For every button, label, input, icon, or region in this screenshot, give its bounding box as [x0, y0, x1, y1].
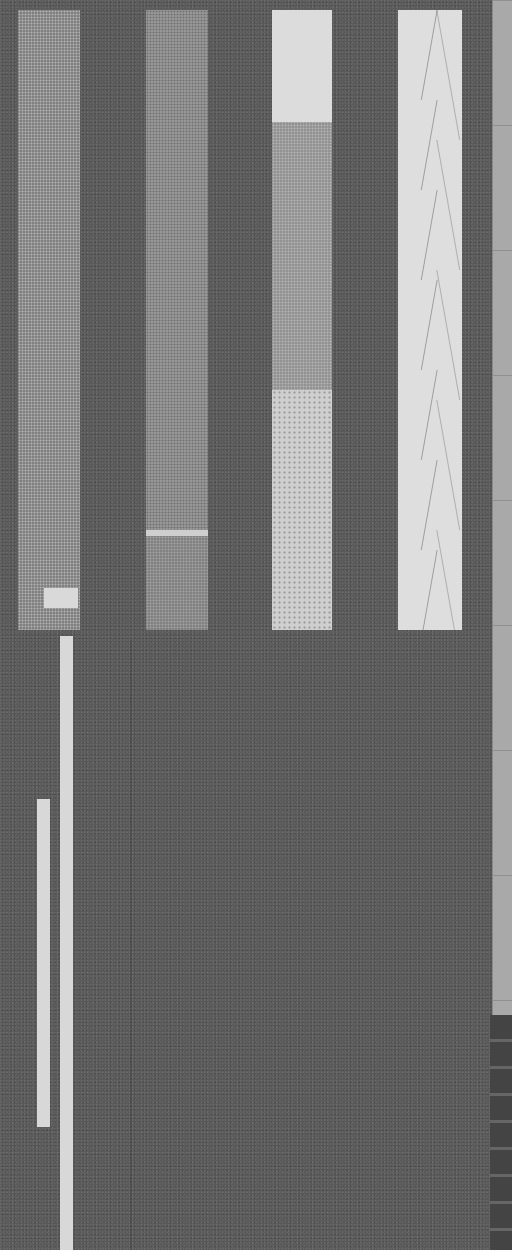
crosswalk-stripe-2 — [146, 10, 208, 630]
worn-paint — [272, 390, 332, 630]
asphalt-seam — [130, 640, 132, 1250]
crosswalk-stripe-1 — [18, 10, 80, 630]
intact-paint — [272, 10, 332, 122]
curb — [492, 0, 512, 1015]
paint-patch — [44, 588, 78, 608]
paving-blocks — [490, 1015, 512, 1250]
road-scene — [0, 0, 512, 1250]
lane-line-short — [37, 799, 50, 1127]
crosswalk-stripe-3 — [272, 10, 332, 630]
lane-line-long — [60, 636, 73, 1250]
crosswalk-stripe-4 — [398, 10, 462, 630]
worn-section — [146, 530, 208, 630]
